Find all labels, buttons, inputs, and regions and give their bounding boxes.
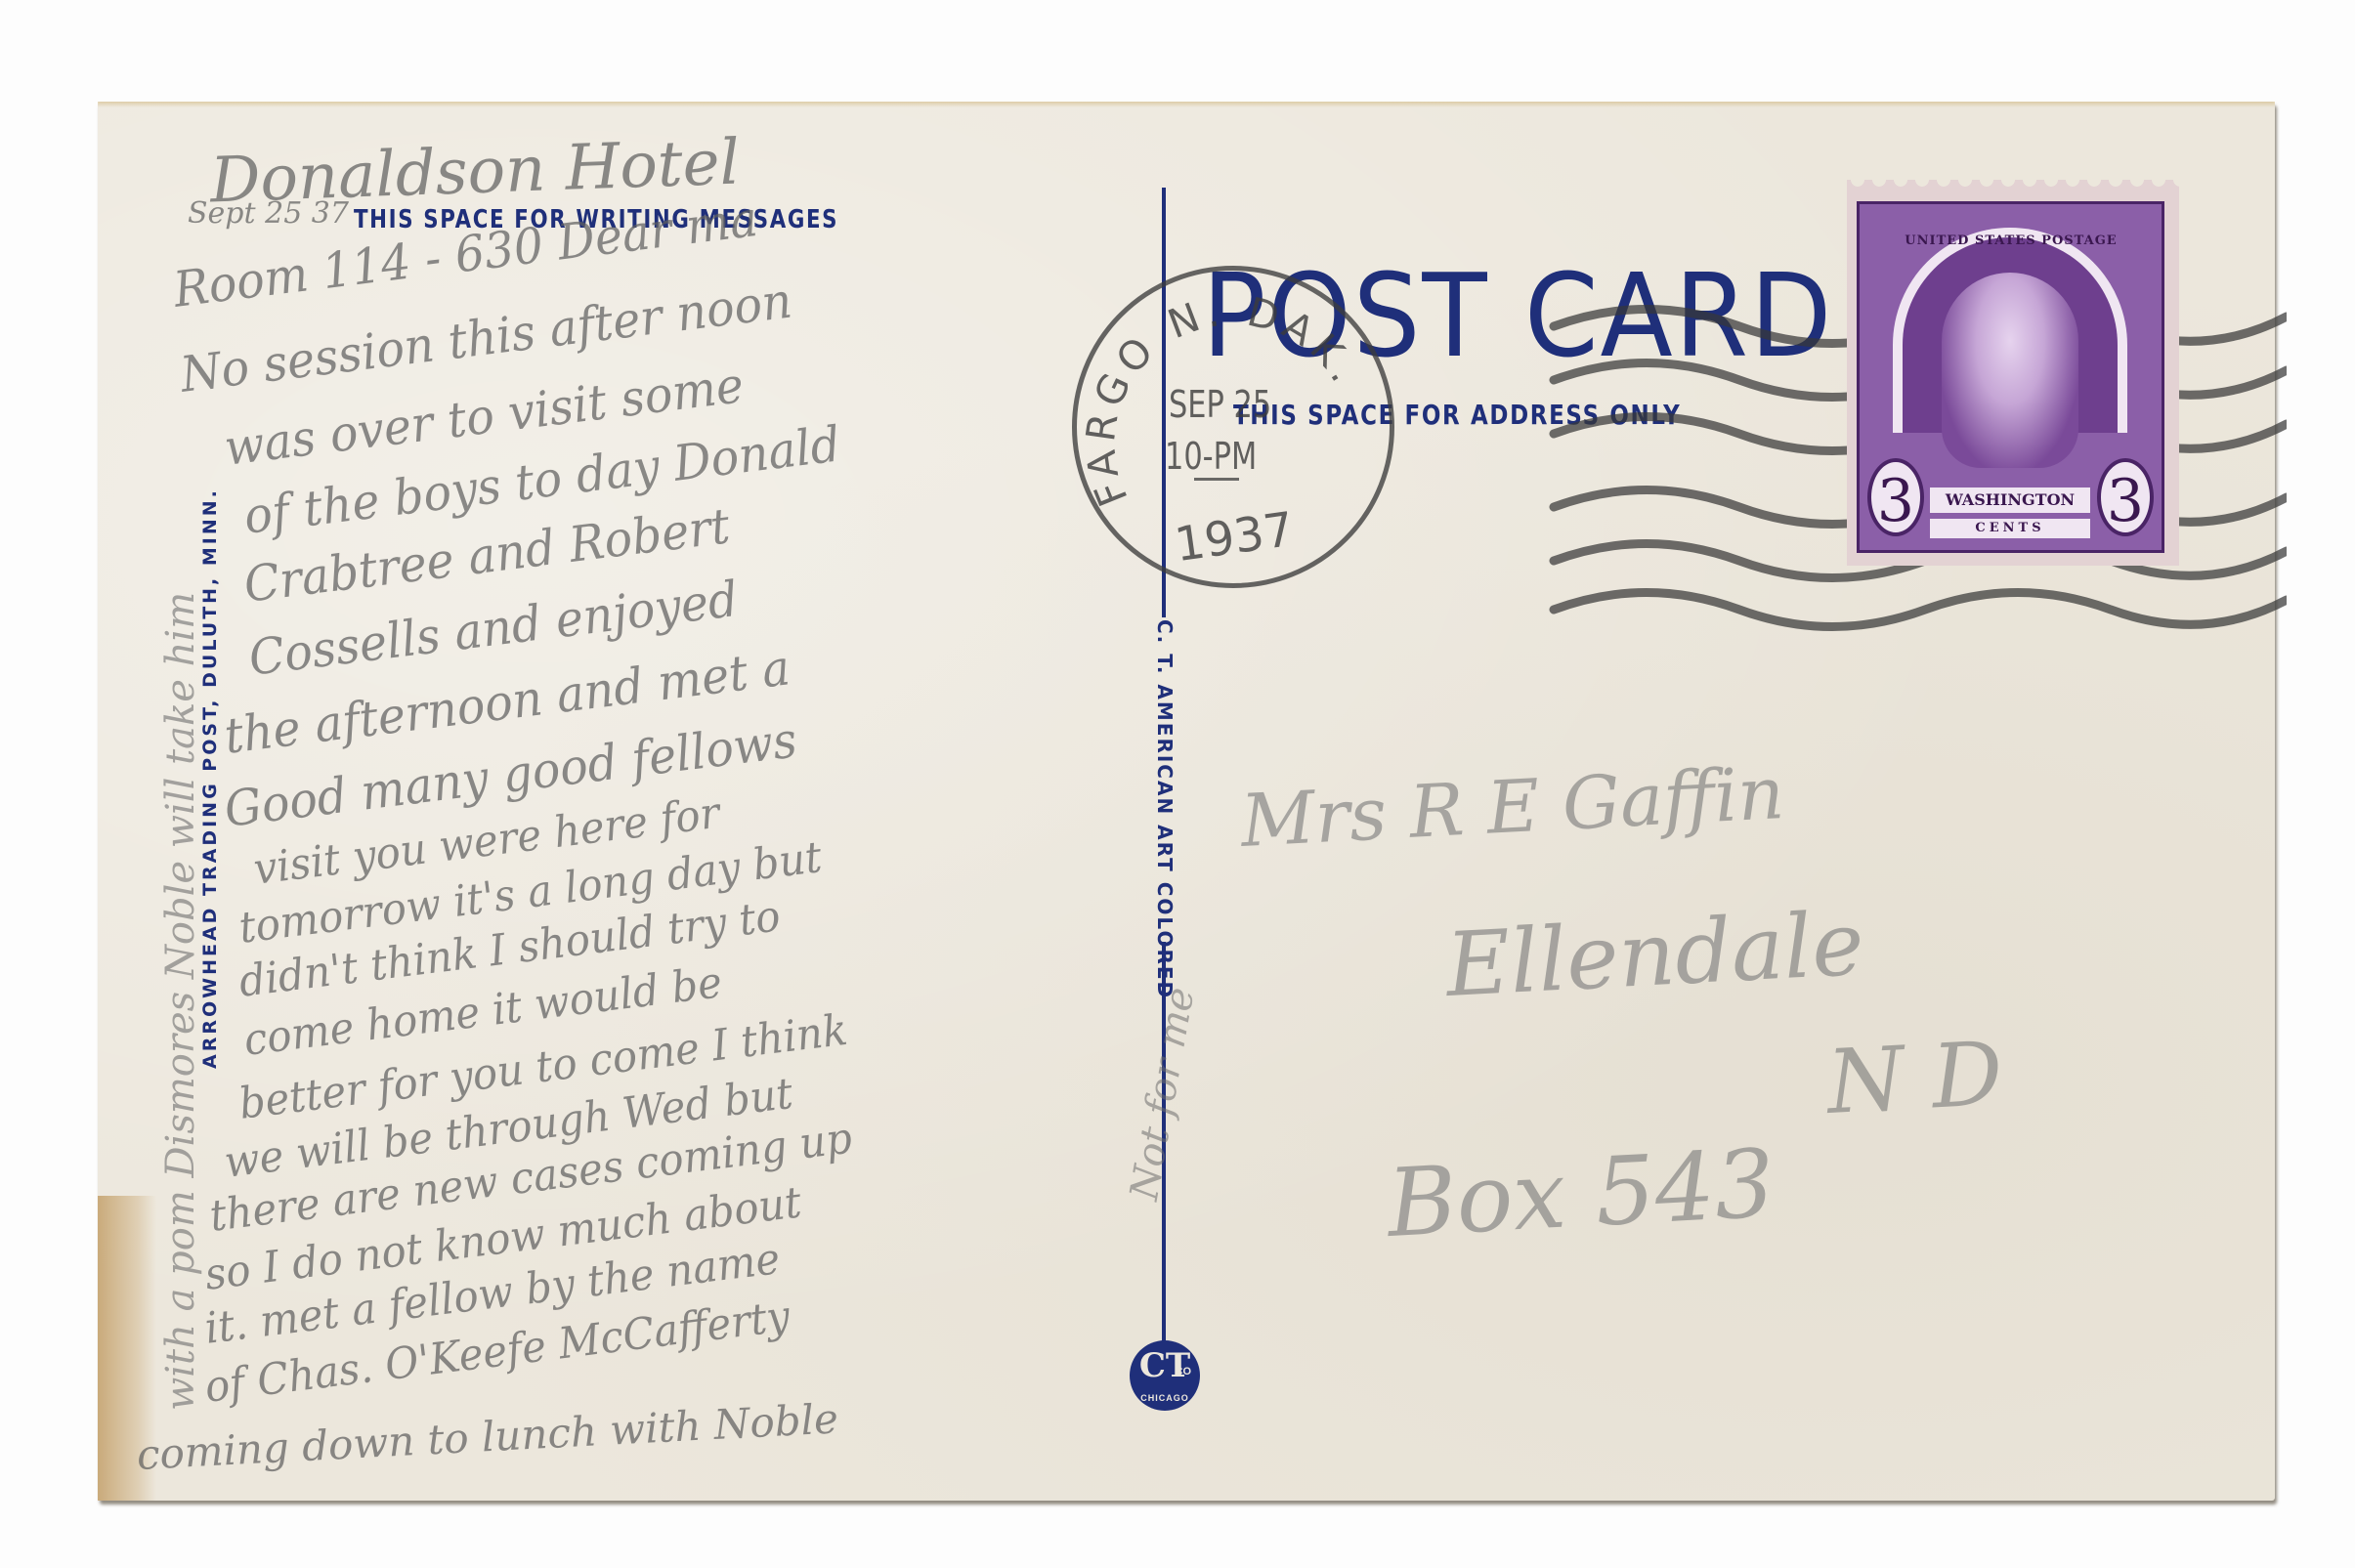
stamp-denomination-right: 3 [2097,458,2154,536]
logo-city: CHICAGO [1130,1393,1200,1403]
washington-portrait-icon [1942,273,2078,468]
hw-left-margin-note: with a pom Dismores Noble will take him [158,592,203,1411]
stamp-cents: CENTS [1930,519,2090,538]
hw-divider-note: Not for me [1122,984,1204,1204]
address-line-name: Mrs R E Gaffin [1239,757,1786,858]
hw-date-note: Sept 25 37 [188,199,349,229]
postmark-dash [1194,478,1239,481]
stamp-denomination-left: 3 [1867,458,1924,536]
stamp-top-text: UNITED STATES POSTAGE [1899,233,2123,248]
postmark-date: SEP 25 [1169,383,1271,426]
postage-stamp: UNITED STATES POSTAGE 3 3 WASHINGTON CEN… [1847,180,2179,566]
stamp-frame: UNITED STATES POSTAGE 3 3 WASHINGTON CEN… [1857,201,2164,553]
postmark: FARGO N. DAK. SEP 25 10-PM 1937 [1072,266,1394,588]
address-line-box: Box 543 [1385,1136,1777,1250]
postcard: THIS SPACE FOR WRITING MESSAGES ARROWHEA… [98,102,2275,1501]
card-edge-wear [98,102,2275,107]
hw-line: coming down to lunch with Noble [136,1398,839,1476]
printer-imprint: C. T. AMERICAN ART COLORED [1151,619,1177,942]
logo-co: CO [1176,1366,1192,1377]
curt-teich-logo-icon: CT CO CHICAGO [1130,1340,1200,1411]
stamp-name: WASHINGTON [1930,487,2090,513]
address-line-state: N D [1825,1031,2005,1127]
address-line-city: Ellendale [1444,901,1866,1010]
postmark-time: 10-PM [1165,435,1257,478]
